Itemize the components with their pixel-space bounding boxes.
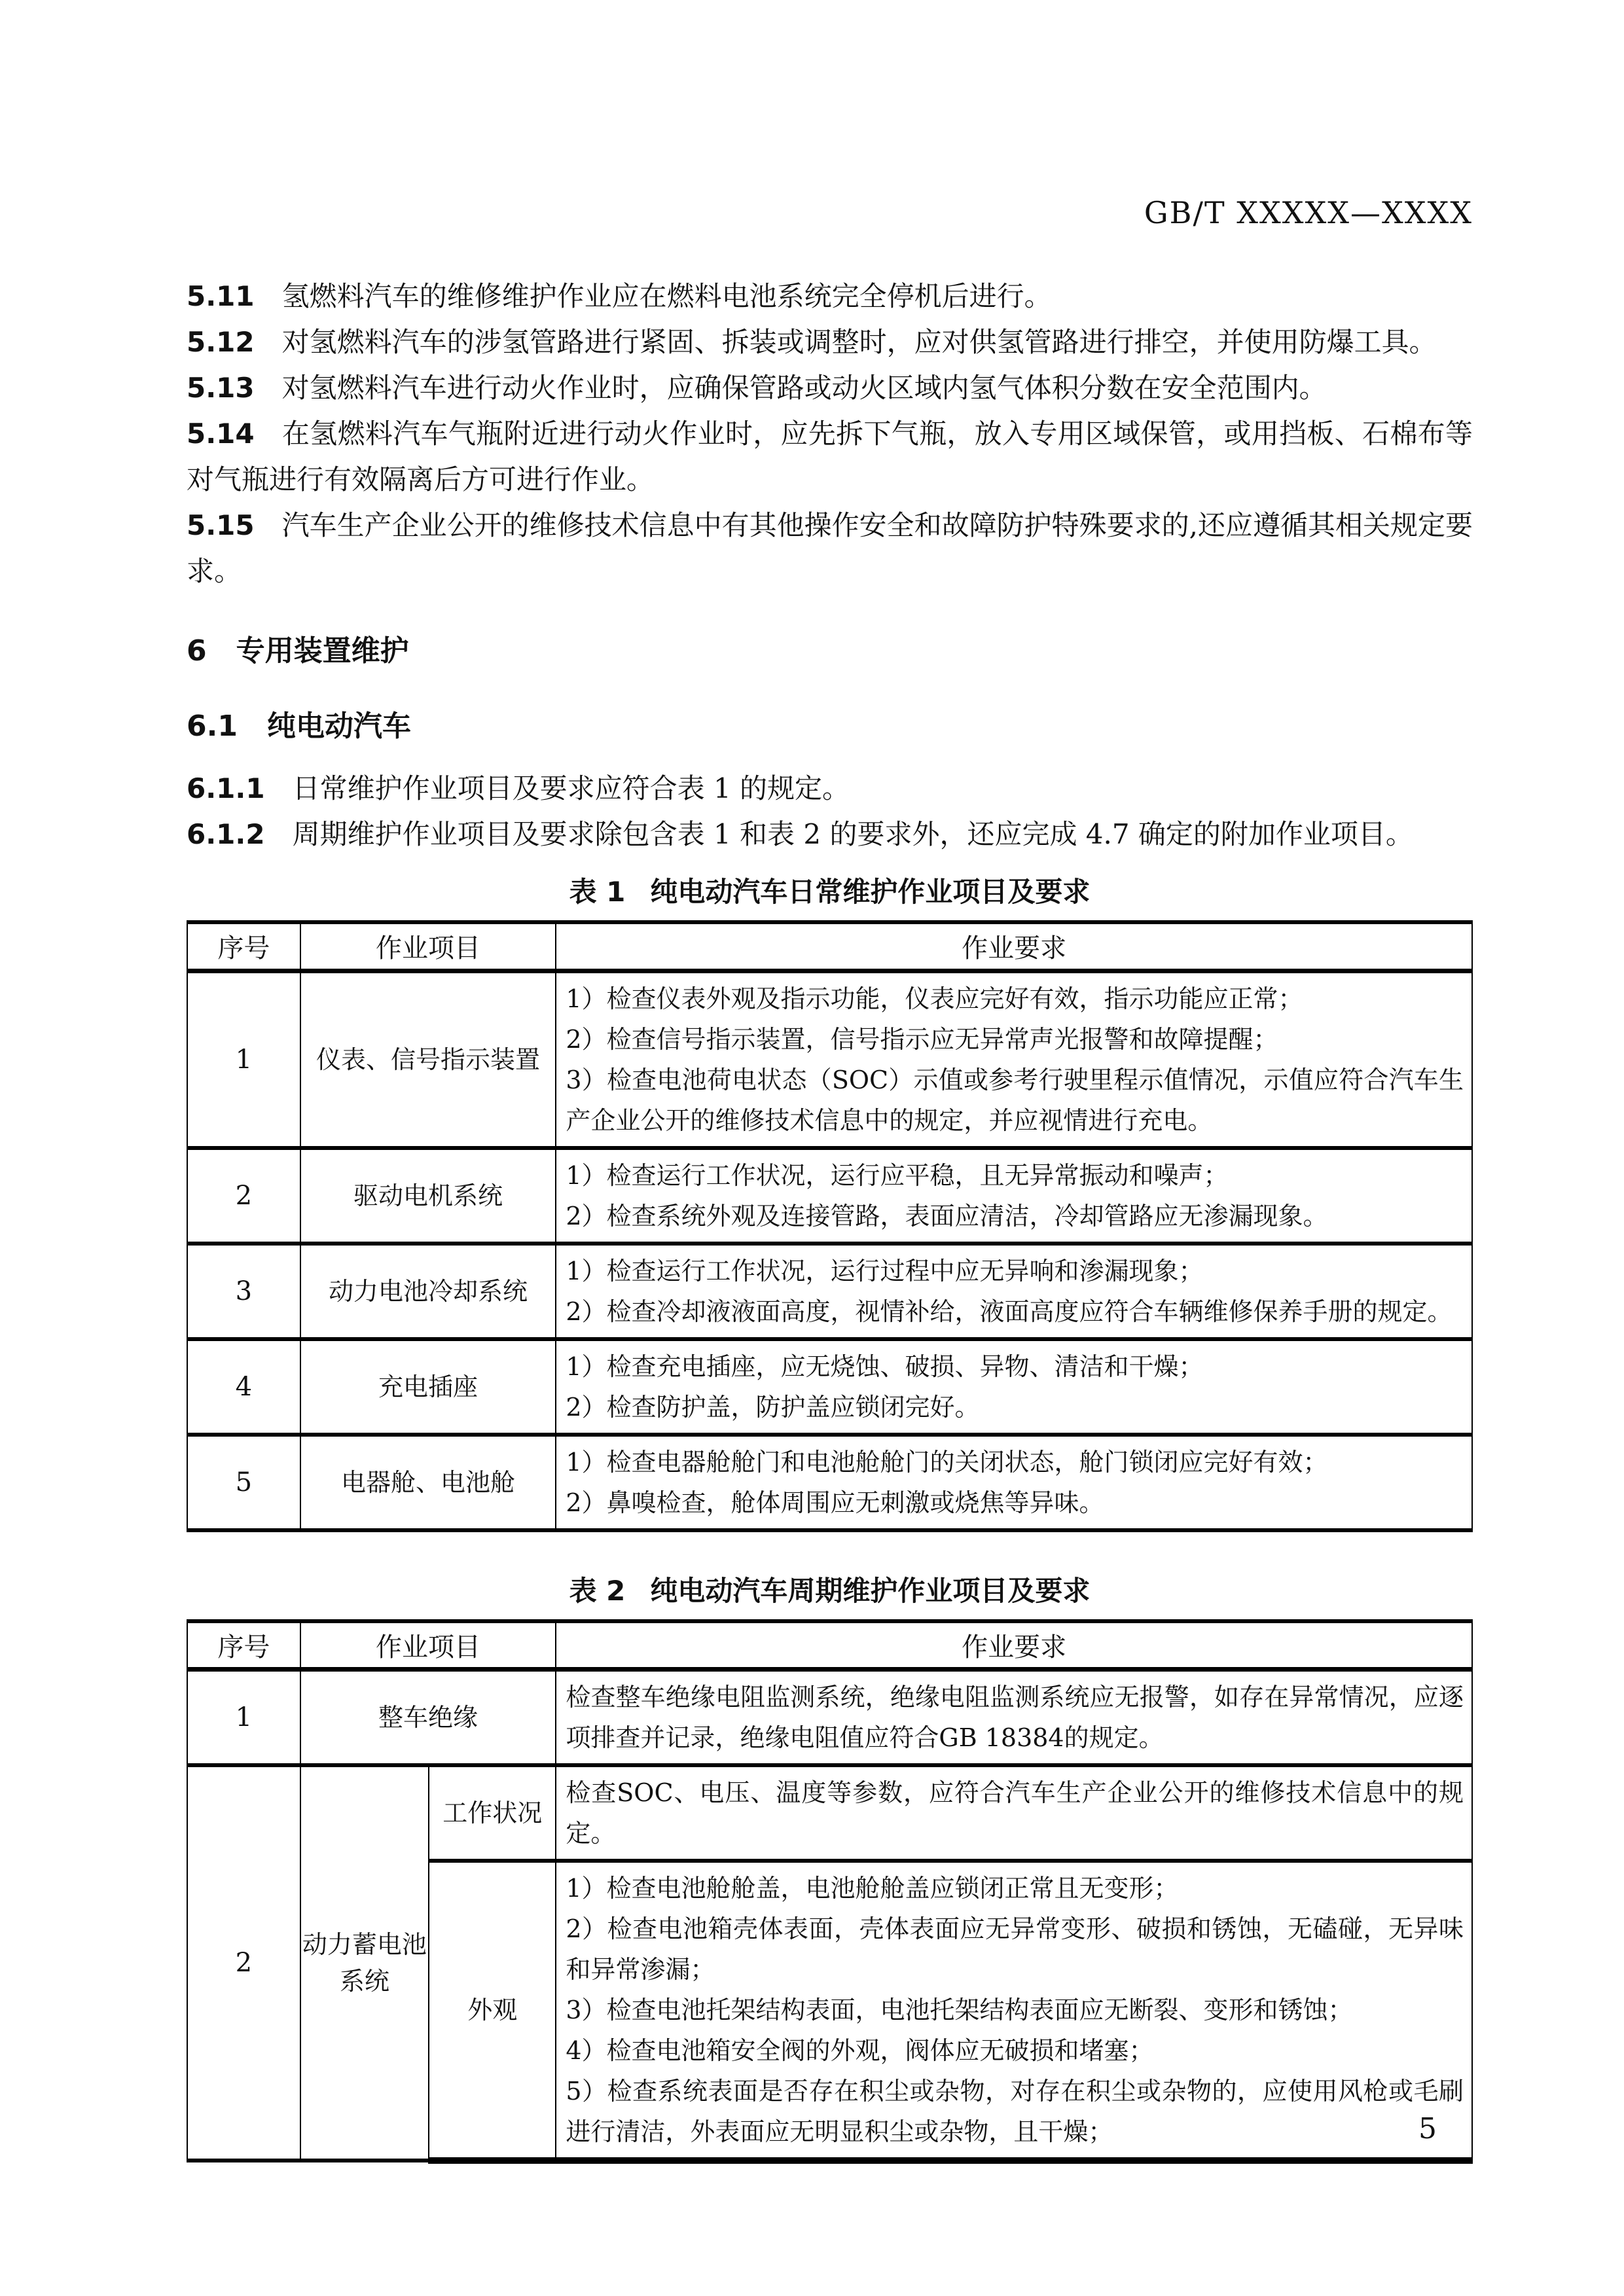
table-row: 5 电器舱、电池舱 1）检查电器舱舱门和电池舱舱门的关闭状态，舱门锁闭应完好有效…: [187, 1435, 1472, 1530]
requirement-line: 1）检查电器舱舱门和电池舱舱门的关闭状态，舱门锁闭应完好有效；: [566, 1442, 1464, 1482]
requirement-cell: 1）检查运行工作状况，运行过程中应无异响和渗漏现象； 2）检查冷却液液面高度，视…: [556, 1244, 1472, 1339]
table1-caption: 纯电动汽车日常维护作业项目及要求: [650, 876, 1090, 908]
requirement-cell: 检查整车绝缘电阻监测系统，绝缘电阻监测系统应无报警，如存在异常情况，应逐项排查并…: [556, 1670, 1472, 1766]
requirement-line: 1）检查电池舱舱盖，电池舱舱盖应锁闭正常且无变形；: [566, 1868, 1464, 1909]
section-number: 6.1: [187, 709, 238, 743]
clause-text: 日常维护作业项目及要求应符合表 1 的规定。: [293, 772, 850, 804]
row-number-cell: 2: [187, 1148, 300, 1244]
table-row: 2 动力蓄电池系统 工作状况 检查SOC、电压、温度等参数，应符合汽车生产企业公…: [187, 1765, 1472, 1861]
row-number-cell: 5: [187, 1435, 300, 1530]
clause-block-6-1: 6.1.1日常维护作业项目及要求应符合表 1 的规定。 6.1.2周期维护作业项…: [187, 766, 1473, 857]
requirement-line: 2）检查系统外观及连接管路，表面应清洁，冷却管路应无渗漏现象。: [566, 1196, 1464, 1236]
work-item-cell: 整车绝缘: [300, 1670, 556, 1766]
requirement-line: 1）检查仪表外观及指示功能，仪表应完好有效，指示功能应正常；: [566, 978, 1464, 1019]
table-header-row: 序号 作业项目 作业要求: [187, 922, 1472, 971]
work-item-cell: 充电插座: [300, 1339, 556, 1435]
section-title: 专用装置维护: [236, 634, 409, 668]
clause-5-15: 5.15汽车生产企业公开的维修技术信息中有其他操作安全和故障防护特殊要求的,还应…: [187, 503, 1473, 594]
table-header-row: 序号 作业项目 作业要求: [187, 1621, 1472, 1670]
table2-title: 表 2纯电动汽车周期维护作业项目及要求: [187, 1568, 1473, 1614]
clause-number: 5.13: [187, 372, 255, 404]
row-number-cell: 1: [187, 1670, 300, 1766]
clause-6-1-1: 6.1.1日常维护作业项目及要求应符合表 1 的规定。: [187, 766, 1473, 812]
work-item-cell: 驱动电机系统: [300, 1148, 556, 1244]
clause-text: 汽车生产企业公开的维修技术信息中有其他操作安全和故障防护特殊要求的,还应遵循其相…: [187, 509, 1473, 587]
sub-item-label-cell: 工作状况: [429, 1765, 556, 1861]
section-title: 纯电动汽车: [267, 709, 411, 743]
table-1-daily-maintenance: 序号 作业项目 作业要求 1 仪表、信号指示装置 1）检查仪表外观及指示功能，仪…: [187, 920, 1473, 1532]
requirement-line: 1）检查运行工作状况，运行过程中应无异响和渗漏现象；: [566, 1251, 1464, 1291]
requirement-line: 2）检查防护盖，防护盖应锁闭完好。: [566, 1387, 1464, 1427]
clause-number: 5.11: [187, 280, 255, 312]
row-number-cell: 4: [187, 1339, 300, 1435]
clause-text: 对氢燃料汽车的涉氢管路进行紧固、拆装或调整时，应对供氢管路进行排空，并使用防爆工…: [282, 326, 1437, 358]
requirement-line: 2）检查冷却液液面高度，视情补给，液面高度应符合车辆维修保养手册的规定。: [566, 1291, 1464, 1332]
requirement-cell: 检查SOC、电压、温度等参数，应符合汽车生产企业公开的维修技术信息中的规定。: [556, 1765, 1472, 1861]
table-row: 1 整车绝缘 检查整车绝缘电阻监测系统，绝缘电阻监测系统应无报警，如存在异常情况…: [187, 1670, 1472, 1766]
requirement-cell: 1）检查电池舱舱盖，电池舱舱盖应锁闭正常且无变形； 2）检查电池箱壳体表面，壳体…: [556, 1861, 1472, 2161]
requirement-line: 2）鼻嗅检查，舱体周围应无刺激或烧焦等异味。: [566, 1482, 1464, 1523]
clause-text: 氢燃料汽车的维修维护作业应在燃料电池系统完全停机后进行。: [282, 280, 1052, 312]
table1-label: 表 1: [569, 876, 626, 908]
sub-item-label-cell: 外观: [429, 1861, 556, 2161]
section-number: 6: [187, 634, 207, 668]
page-number: 5: [1418, 2112, 1437, 2145]
table1-title: 表 1纯电动汽车日常维护作业项目及要求: [187, 869, 1473, 915]
row-number-cell: 3: [187, 1244, 300, 1339]
clause-block-5: 5.11氢燃料汽车的维修维护作业应在燃料电池系统完全停机后进行。 5.12对氢燃…: [187, 274, 1473, 594]
work-item-cell: 电器舱、电池舱: [300, 1435, 556, 1530]
work-item-cell: 动力蓄电池系统: [300, 1765, 429, 2161]
header-no: 序号: [187, 922, 300, 971]
clause-5-13: 5.13对氢燃料汽车进行动火作业时，应确保管路或动火区域内氢气体积分数在安全范围…: [187, 365, 1473, 411]
clause-5-14: 5.14在氢燃料汽车气瓶附近进行动火作业时，应先拆下气瓶，放入专用区域保管，或用…: [187, 411, 1473, 503]
header-req: 作业要求: [556, 1621, 1472, 1670]
clause-number: 5.15: [187, 509, 255, 541]
clause-text: 周期维护作业项目及要求除包含表 1 和表 2 的要求外，还应完成 4.7 确定的…: [293, 818, 1413, 850]
table-row: 2 驱动电机系统 1）检查运行工作状况，运行应平稳，且无异常振动和噪声； 2）检…: [187, 1148, 1472, 1244]
requirement-cell: 1）检查充电插座，应无烧蚀、破损、异物、清洁和干燥； 2）检查防护盖，防护盖应锁…: [556, 1339, 1472, 1435]
clause-number: 6.1.1: [187, 772, 265, 804]
requirement-line: 5）检查系统表面是否存在积尘或杂物，对存在积尘或杂物的，应使用风枪或毛刷进行清洁…: [566, 2071, 1464, 2152]
header-item: 作业项目: [300, 1621, 556, 1670]
section-heading-6: 6专用装置维护: [187, 628, 1473, 674]
document-page: GB/T XXXXX—XXXX 5.11氢燃料汽车的维修维护作业应在燃料电池系统…: [0, 0, 1624, 2296]
requirement-line: 2）检查信号指示装置，信号指示应无异常声光报警和故障提醒；: [566, 1019, 1464, 1060]
header-no: 序号: [187, 1621, 300, 1670]
clause-number: 5.12: [187, 326, 255, 358]
table-2-periodic-maintenance: 序号 作业项目 作业要求 1 整车绝缘 检查整车绝缘电阻监测系统，绝缘电阻监测系…: [187, 1619, 1473, 2164]
section-heading-6-1: 6.1纯电动汽车: [187, 704, 1473, 749]
table2-label: 表 2: [569, 1575, 626, 1607]
requirement-line: 检查SOC、电压、温度等参数，应符合汽车生产企业公开的维修技术信息中的规定。: [566, 1772, 1464, 1854]
table-row: 1 仪表、信号指示装置 1）检查仪表外观及指示功能，仪表应完好有效，指示功能应正…: [187, 971, 1472, 1148]
row-number-cell: 1: [187, 971, 300, 1148]
requirement-cell: 1）检查运行工作状况，运行应平稳，且无异常振动和噪声； 2）检查系统外观及连接管…: [556, 1148, 1472, 1244]
clause-text: 在氢燃料汽车气瓶附近进行动火作业时，应先拆下气瓶，放入专用区域保管，或用挡板、石…: [187, 418, 1473, 495]
header-req: 作业要求: [556, 922, 1472, 971]
table2-caption: 纯电动汽车周期维护作业项目及要求: [650, 1575, 1090, 1607]
clause-6-1-2: 6.1.2周期维护作业项目及要求除包含表 1 和表 2 的要求外，还应完成 4.…: [187, 812, 1473, 857]
table-row: 4 充电插座 1）检查充电插座，应无烧蚀、破损、异物、清洁和干燥； 2）检查防护…: [187, 1339, 1472, 1435]
requirement-line: 1）检查充电插座，应无烧蚀、破损、异物、清洁和干燥；: [566, 1346, 1464, 1387]
standard-code: GB/T XXXXX—XXXX: [187, 196, 1473, 229]
clause-5-12: 5.12对氢燃料汽车的涉氢管路进行紧固、拆装或调整时，应对供氢管路进行排空，并使…: [187, 319, 1473, 365]
clause-number: 5.14: [187, 418, 255, 450]
work-item-cell: 仪表、信号指示装置: [300, 971, 556, 1148]
requirement-line: 3）检查电池荷电状态（SOC）示值或参考行驶里程示值情况，示值应符合汽车生产企业…: [566, 1060, 1464, 1141]
requirement-line: 3）检查电池托架结构表面，电池托架结构表面应无断裂、变形和锈蚀；: [566, 1990, 1464, 2030]
requirement-line: 2）检查电池箱壳体表面，壳体表面应无异常变形、破损和锈蚀，无磕碰，无异味和异常渗…: [566, 1909, 1464, 1990]
requirement-line: 1）检查运行工作状况，运行应平稳，且无异常振动和噪声；: [566, 1155, 1464, 1196]
requirement-cell: 1）检查电器舱舱门和电池舱舱门的关闭状态，舱门锁闭应完好有效； 2）鼻嗅检查，舱…: [556, 1435, 1472, 1530]
header-item: 作业项目: [300, 922, 556, 971]
requirement-cell: 1）检查仪表外观及指示功能，仪表应完好有效，指示功能应正常； 2）检查信号指示装…: [556, 971, 1472, 1148]
work-item-cell: 动力电池冷却系统: [300, 1244, 556, 1339]
clause-5-11: 5.11氢燃料汽车的维修维护作业应在燃料电池系统完全停机后进行。: [187, 274, 1473, 319]
requirement-line: 检查整车绝缘电阻监测系统，绝缘电阻监测系统应无报警，如存在异常情况，应逐项排查并…: [566, 1677, 1464, 1758]
table-row: 3 动力电池冷却系统 1）检查运行工作状况，运行过程中应无异响和渗漏现象； 2）…: [187, 1244, 1472, 1339]
requirement-line: 4）检查电池箱安全阀的外观，阀体应无破损和堵塞；: [566, 2030, 1464, 2071]
clause-number: 6.1.2: [187, 818, 265, 850]
row-number-cell: 2: [187, 1765, 300, 2161]
clause-text: 对氢燃料汽车进行动火作业时，应确保管路或动火区域内氢气体积分数在安全范围内。: [282, 372, 1327, 404]
